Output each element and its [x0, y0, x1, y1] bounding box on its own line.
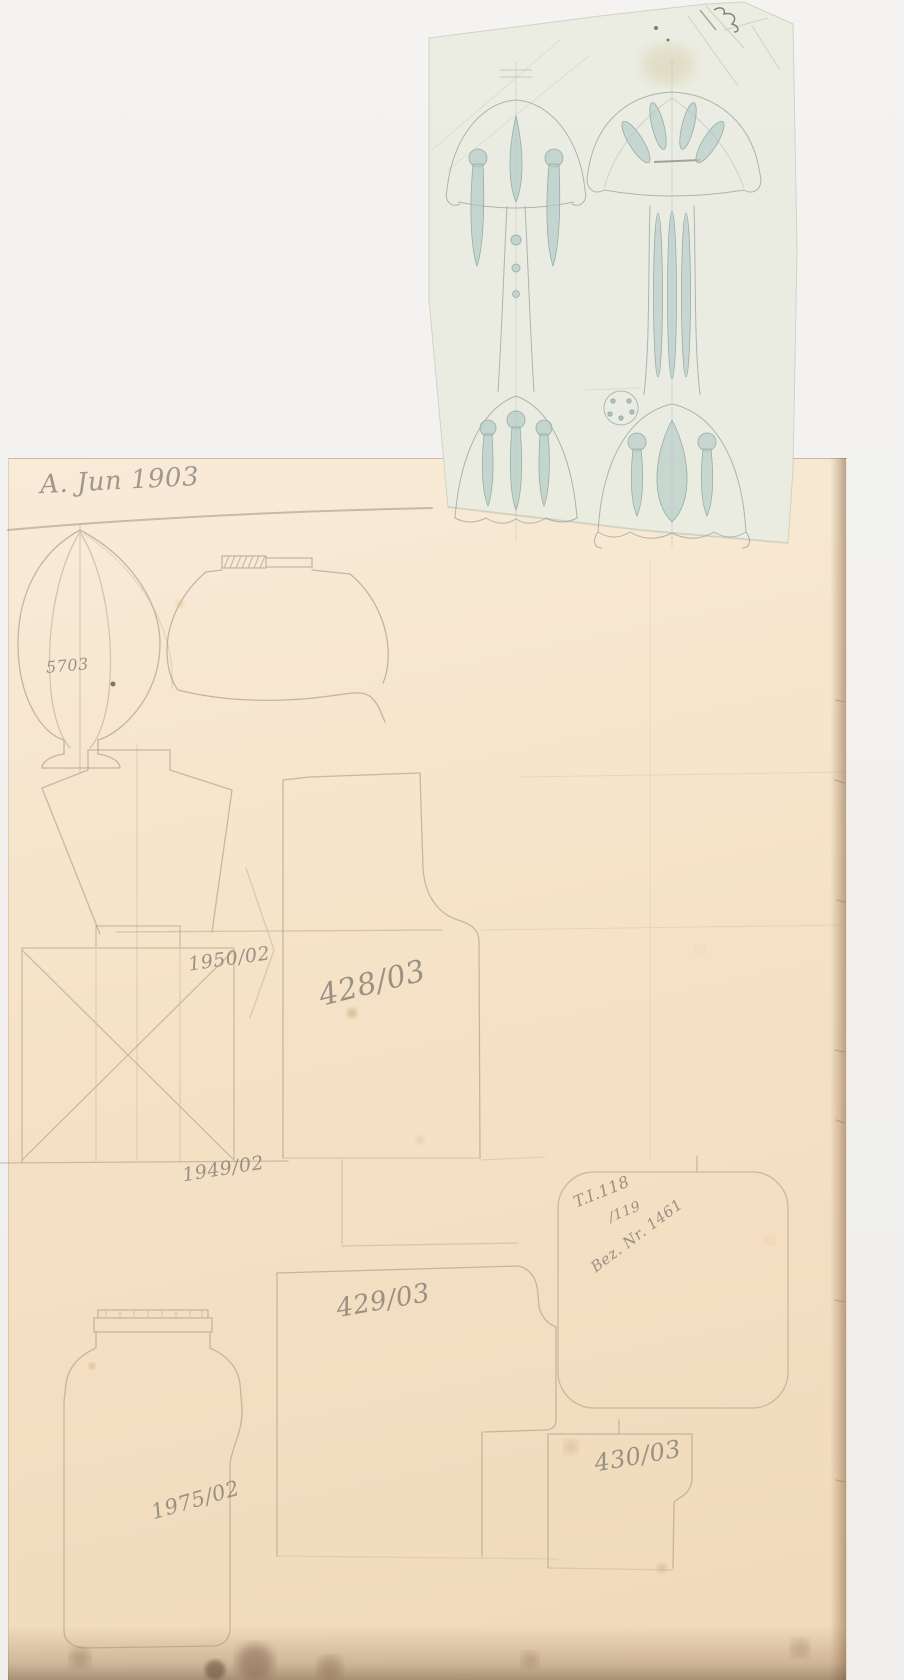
ink-speck [667, 39, 670, 42]
ink-speck [654, 26, 658, 30]
yellow-stain [642, 45, 694, 85]
scanned-archive-page: { "document": { "kind": "Scanned archiva… [0, 0, 904, 1680]
tracing-paper-overlay [0, 0, 904, 1680]
